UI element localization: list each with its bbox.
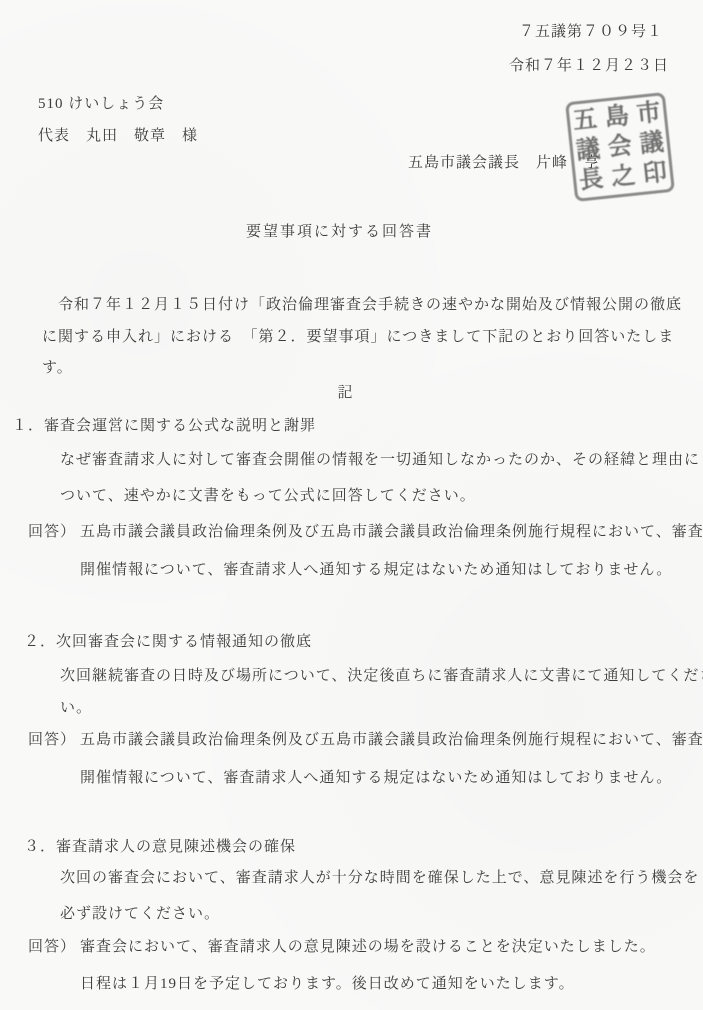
item-2-heading: ２．次回審査会に関する情報通知の徹底 <box>24 632 312 652</box>
item-1-answer-line: 開催情報について、審査請求人へ通知する規定はないため通知はしておりません。 <box>80 560 672 580</box>
recipient-representative: 代表 丸田 敬章 様 <box>38 126 198 146</box>
intro-paragraph-line: に関する申入れ」における 「第２．要望事項」につきまして下記のとおり回答いたしま <box>42 327 674 347</box>
intro-paragraph-line: 令和７年１２月１５日付け「政治倫理審査会手続きの速やかな開始及び情報公開の徹底 <box>42 295 682 315</box>
item-3-answer-line: 日程は１月19日を予定しております。後日改めて通知をいたします。 <box>80 974 575 994</box>
answer-label: 回答） <box>28 939 76 955</box>
item-2-request-line: い。 <box>60 698 92 718</box>
document-title: 要望事項に対する回答書 <box>0 222 691 242</box>
item-3-request-line: 次回の審査会において、審査請求人が十分な時間を確保した上で、意見陳述を行う機会を <box>60 868 699 888</box>
item-3-request-line: 必ず設けてください。 <box>60 904 220 924</box>
document-date: 令和７年１２月２３日 <box>509 56 669 76</box>
item-2-request-line: 次回継続審査の日時及び場所について、決定後直ちに審査請求人に文書にて通知してくだ… <box>60 666 703 686</box>
item-1-request-line: ついて、速やかに文書をもって公式に回答してください。 <box>60 486 476 506</box>
item-3-heading: ３．審査請求人の意見陳述機会の確保 <box>24 837 296 857</box>
answer-text: 五島市議会議員政治倫理条例及び五島市議会議員政治倫理条例施行規程において、審査会 <box>80 732 703 748</box>
official-seal-stamp: 五島市 議会議 長之印 <box>565 92 675 202</box>
answer-text: 審査会において、審査請求人の意見陳述の場を設けることを決定いたしました。 <box>80 939 656 955</box>
ki-marker: 記 <box>0 383 697 403</box>
item-2-answer-line: 開催情報について、審査請求人へ通知する規定はないため通知はしておりません。 <box>80 768 672 788</box>
item-1-answer-line: 回答）五島市議会議員政治倫理条例及び五島市議会議員政治倫理条例施行規程において、… <box>28 522 703 542</box>
item-3-answer-line: 回答）審査会において、審査請求人の意見陳述の場を設けることを決定いたしました。 <box>28 937 656 957</box>
answer-label: 回答） <box>28 732 76 748</box>
item-2-answer-line: 回答）五島市議会議員政治倫理条例及び五島市議会議員政治倫理条例施行規程において、… <box>28 730 703 750</box>
intro-paragraph-line: す。 <box>42 358 73 378</box>
item-1-heading: １．審査会運営に関する公式な説明と謝罪 <box>12 416 316 436</box>
answer-label: 回答） <box>28 524 76 540</box>
document-number: ７五議第７０９号１ <box>519 22 663 42</box>
item-1-request-line: なぜ審査請求人に対して審査会開催の情報を一切通知しなかったのか、その経緯と理由に <box>60 450 700 470</box>
recipient-organization: 510 けいしょう会 <box>38 94 164 114</box>
document-page: ７五議第７０９号１ 令和７年１２月２３日 510 けいしょう会 代表 丸田 敬章… <box>0 0 703 1010</box>
answer-text: 五島市議会議員政治倫理条例及び五島市議会議員政治倫理条例施行規程において、審査会 <box>80 524 703 540</box>
